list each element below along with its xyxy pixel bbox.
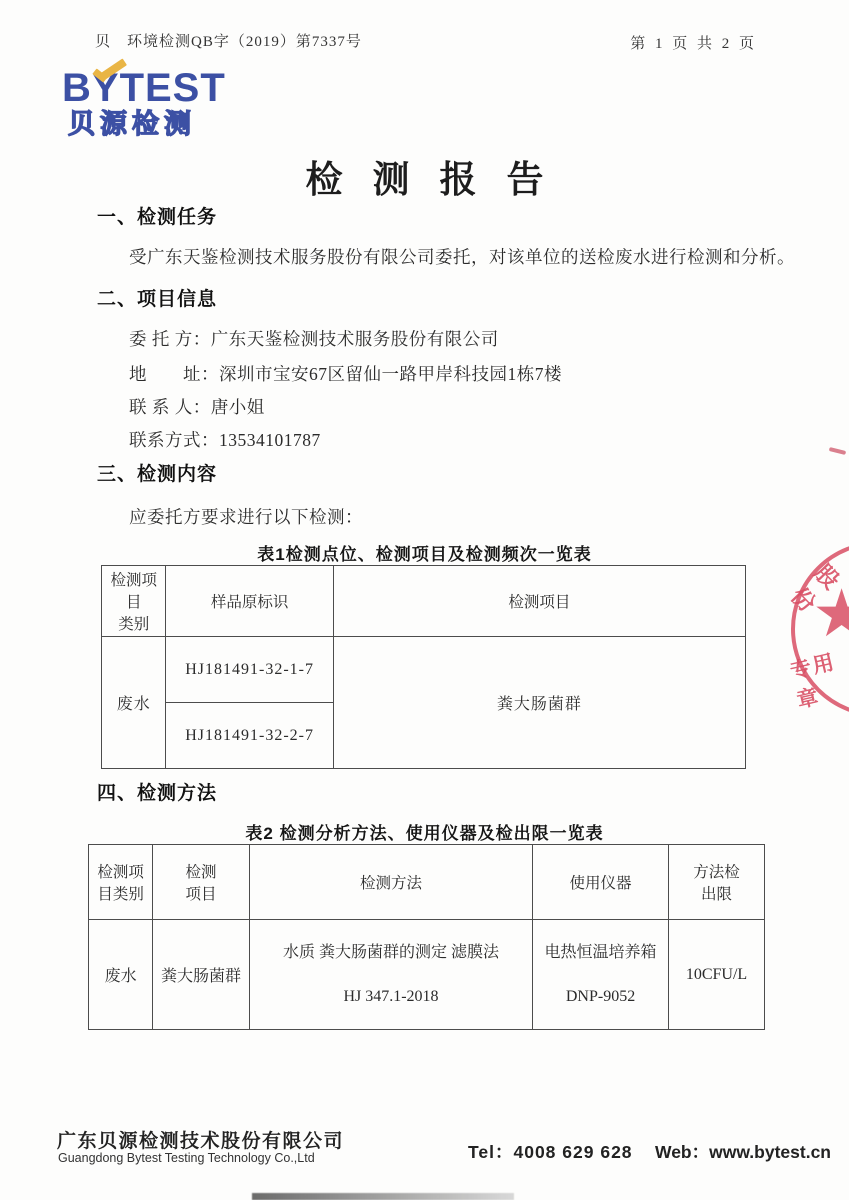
footer-company-name-en: Guangdong Bytest Testing Technology Co.,…	[58, 1151, 315, 1165]
table2-cell-instrument: 电热恒温培养箱 DNP-9052	[533, 920, 669, 1030]
table2-header-item: 检测 项目	[153, 845, 250, 920]
table1-cell-item: 粪大肠菌群	[333, 637, 745, 769]
contact-phone-field: 联系方式：13534101787	[129, 427, 321, 452]
document-number: 贝 环境检测QB字（2019）第7337号	[95, 30, 362, 51]
table2-header-limit: 方法检 出限	[668, 845, 764, 920]
footer-telephone: Tel：4008 629 628	[468, 1139, 633, 1164]
table-row: 废水 HJ181491-32-1-7 粪大肠菌群	[102, 637, 746, 703]
table-row: 废水 粪大肠菌群 水质 粪大肠菌群的测定 滤膜法 HJ 347.1-2018 电…	[89, 920, 765, 1030]
table1-cell-sample-id-1: HJ181491-32-1-7	[166, 637, 333, 703]
footer-company-name-cn: 广东贝源检测技术股份有限公司	[57, 1126, 344, 1153]
table1-caption: 表1检测点位、检测项目及检测频次一览表	[0, 540, 849, 565]
table2-header-method: 检测方法	[249, 845, 532, 920]
table1-header-category: 检测项目 类别	[102, 566, 166, 637]
logo-wordmark: BYTEST	[62, 68, 252, 108]
client-field: 委 托 方：广东天鉴检测技术服务股份有限公司	[129, 326, 499, 351]
bytest-logo: BYTEST 贝源检测	[62, 68, 252, 139]
contact-person-field: 联 系 人：唐小姐	[129, 394, 265, 419]
table2-cell-limit: 10CFU/L	[668, 920, 764, 1030]
task-description: 受广东天鉴检测技术服务股份有限公司委托，对该单位的送检废水进行检测和分析。	[129, 244, 829, 269]
table2-header-instrument: 使用仪器	[533, 845, 669, 920]
table2-cell-item: 粪大肠菌群	[153, 920, 250, 1030]
report-page: 贝 环境检测QB字（2019）第7337号 第 1 页 共 2 页 BYTEST…	[0, 0, 849, 1200]
instrument-model: DNP-9052	[539, 984, 662, 1010]
content-intro: 应委托方要求进行以下检测：	[129, 504, 363, 529]
table1-sampling-points: 检测项目 类别 样品原标识 检测项目 废水 HJ181491-32-1-7 粪大…	[101, 565, 746, 769]
address-field: 地 址：深圳市宝安67区留仙一路甲岸科技园1栋7楼	[129, 361, 562, 386]
seal-ink-mark	[829, 447, 846, 455]
scan-edge-artifact	[252, 1193, 514, 1200]
footer-website: Web：www.bytest.cn	[655, 1139, 831, 1164]
section-heading-task: 一、检测任务	[97, 202, 217, 229]
table2-cell-method: 水质 粪大肠菌群的测定 滤膜法 HJ 347.1-2018	[249, 920, 532, 1030]
section-heading-content: 三、检测内容	[97, 459, 217, 486]
seal-star-icon: ★	[812, 582, 849, 648]
page-indicator: 第 1 页 共 2 页	[630, 32, 757, 53]
table2-header-category: 检测项 目类别	[89, 845, 153, 920]
table1-header-item: 检测项目	[333, 566, 745, 637]
instrument-name: 电热恒温培养箱	[539, 940, 662, 966]
section-heading-project-info: 二、项目信息	[97, 284, 217, 311]
table2-cell-category: 废水	[89, 920, 153, 1030]
logo-chinese-name: 贝源检测	[68, 109, 252, 139]
section-heading-method: 四、检测方法	[97, 778, 217, 805]
table1-header-sample-id: 样品原标识	[166, 566, 333, 637]
report-title: 检测报告	[0, 149, 849, 203]
table2-caption: 表2 检测分析方法、使用仪器及检出限一览表	[0, 819, 849, 844]
logo-check-icon	[93, 63, 129, 87]
table1-cell-category: 废水	[102, 637, 166, 769]
table-row: 检测项 目类别 检测 项目 检测方法 使用仪器 方法检 出限	[89, 845, 765, 920]
method-standard: HJ 347.1-2018	[256, 984, 526, 1010]
table2-methods: 检测项 目类别 检测 项目 检测方法 使用仪器 方法检 出限 废水 粪大肠菌群 …	[88, 844, 765, 1030]
table1-cell-sample-id-2: HJ181491-32-2-7	[166, 703, 333, 769]
method-name: 水质 粪大肠菌群的测定 滤膜法	[256, 940, 526, 966]
table-row: 检测项目 类别 样品原标识 检测项目	[102, 566, 746, 637]
seal-text-bottom: 专用章	[787, 643, 849, 714]
